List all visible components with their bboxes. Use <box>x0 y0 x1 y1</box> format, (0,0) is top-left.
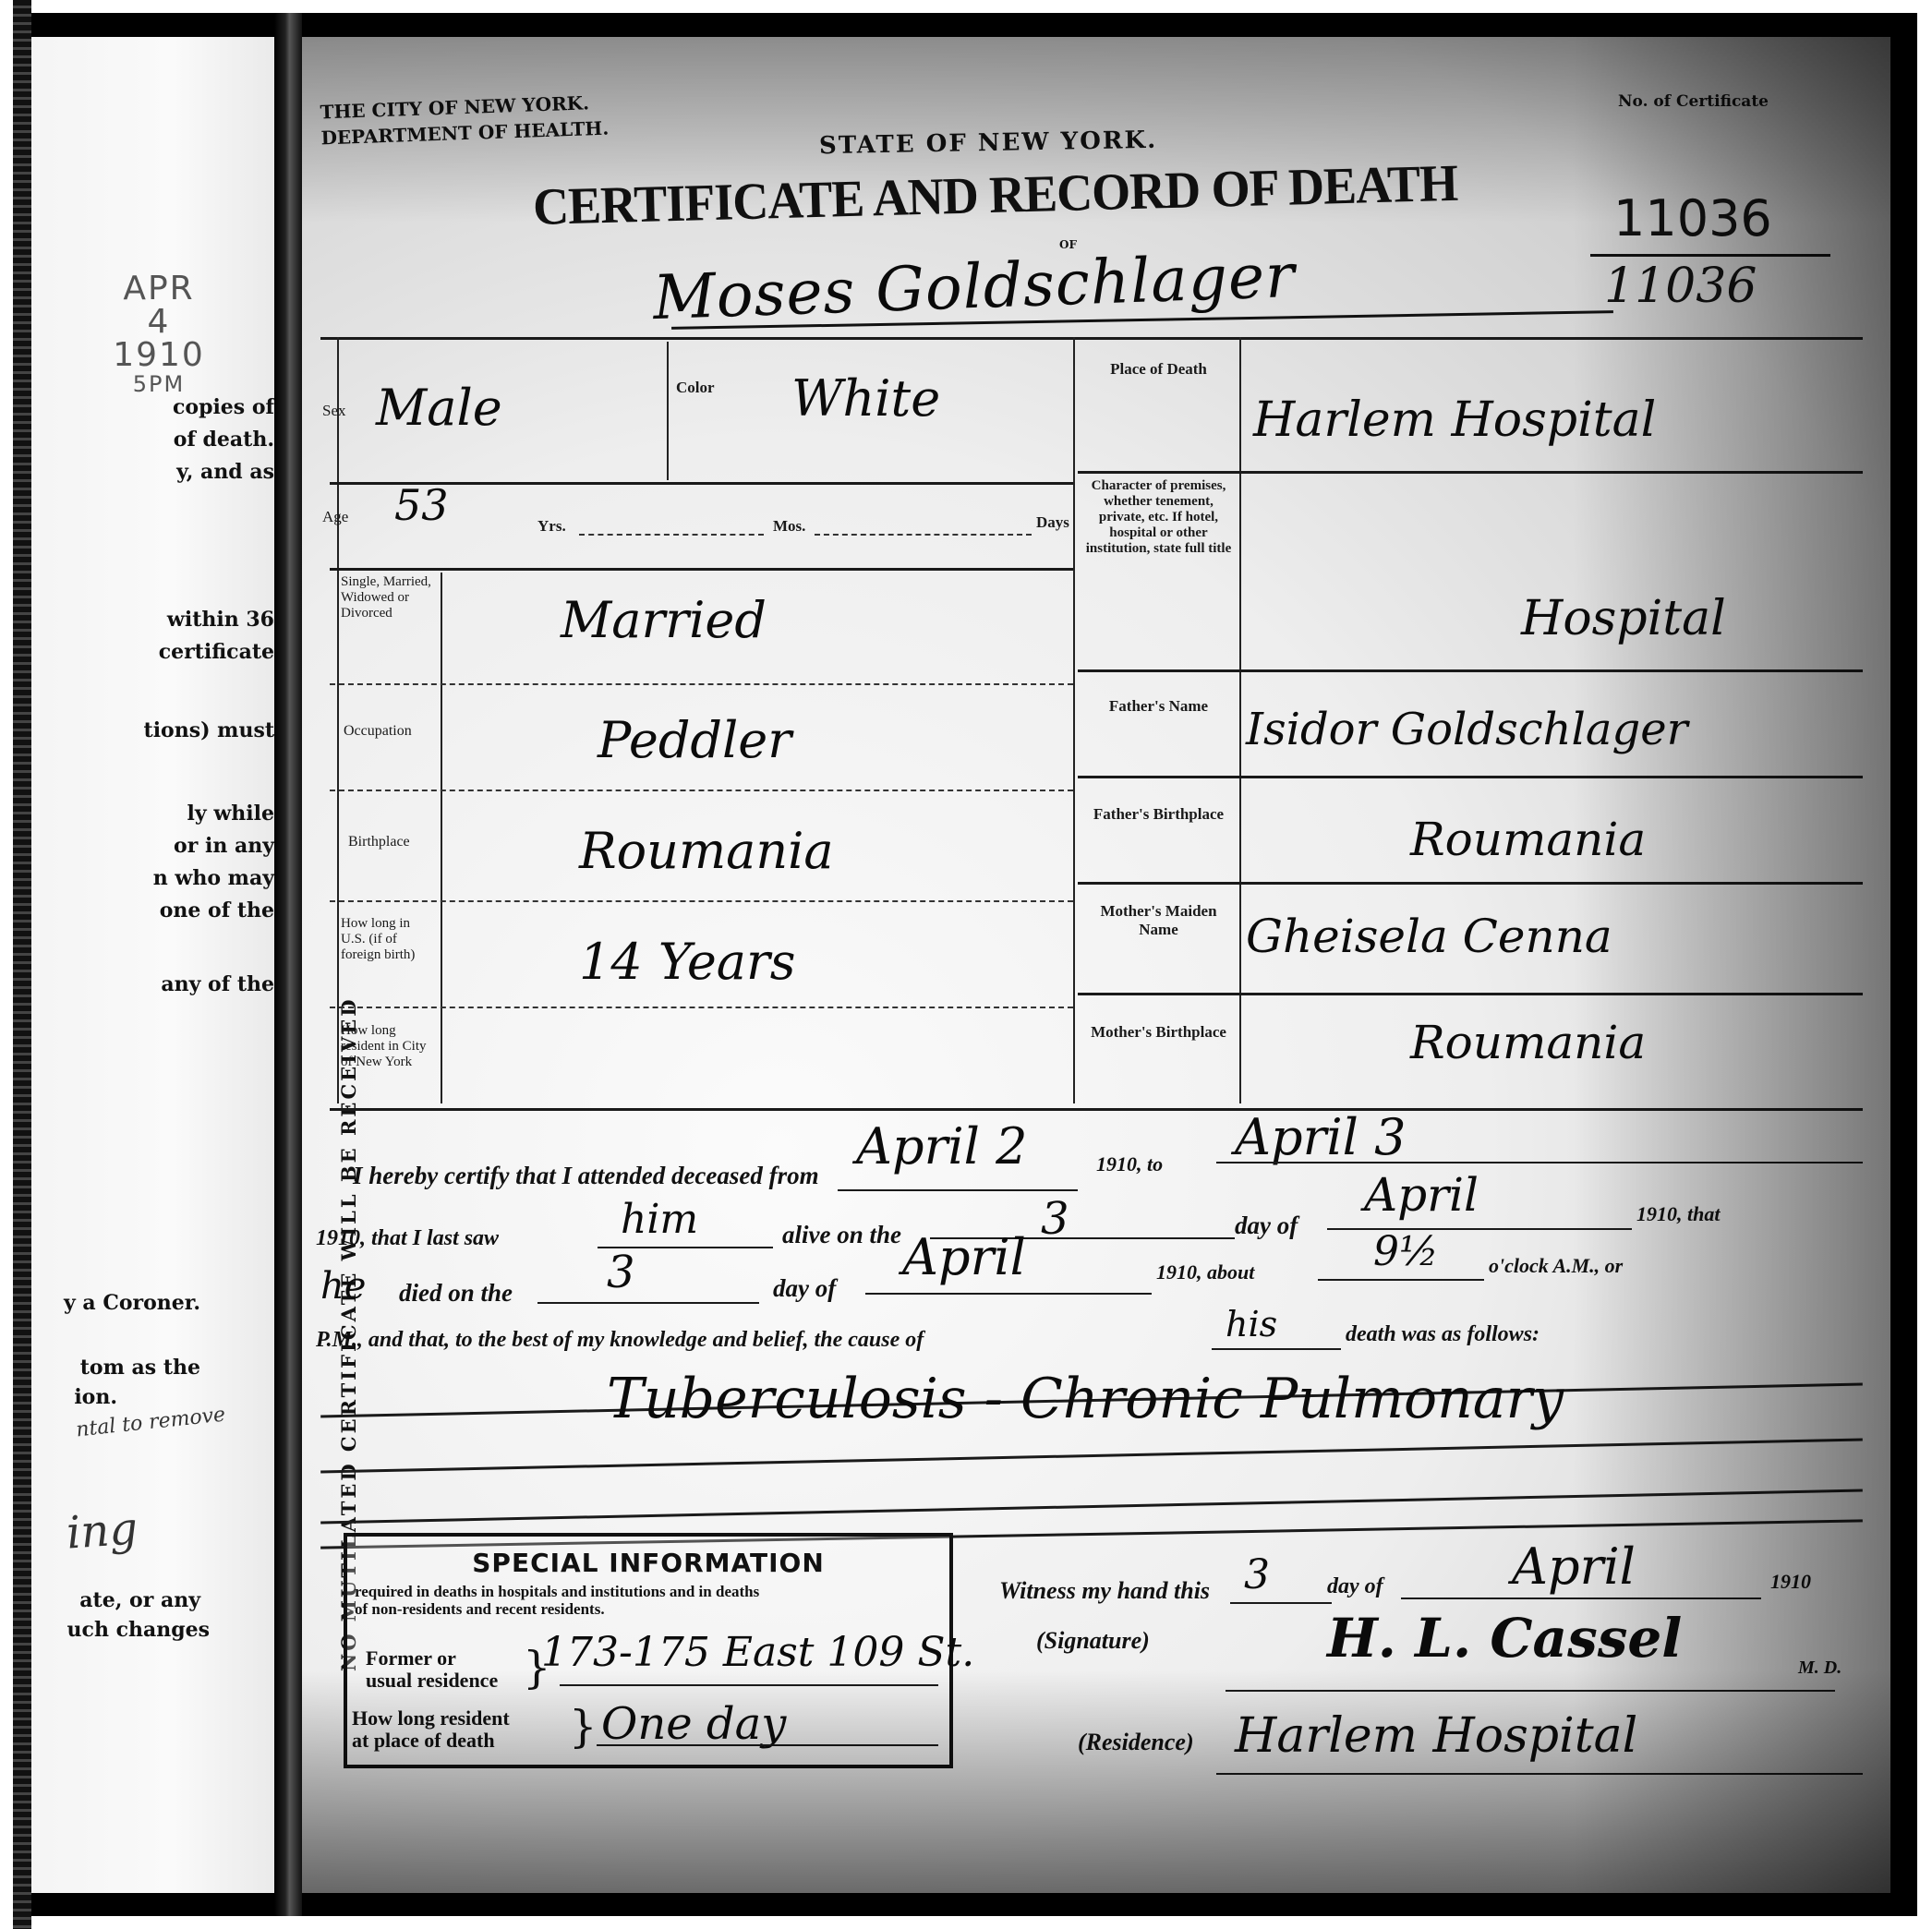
document-title: CERTIFICATE AND RECORD OF DEATH <box>532 152 1458 236</box>
occupation-value: Peddler <box>598 711 791 769</box>
pronoun-value: he <box>320 1265 366 1308</box>
left-text-fragment: n who may <box>153 866 274 890</box>
left-page-edge <box>13 0 31 1929</box>
witness-month-value: April <box>1512 1537 1636 1596</box>
left-text-fragment: one of the <box>160 898 274 922</box>
how-long-resident-label: How long resident at place of death <box>352 1707 510 1752</box>
former-residence-label: Former or usual residence <box>366 1647 498 1692</box>
death-certificate: NO MUTILATED CERTIFICATE WILL BE RECEIVE… <box>302 37 1890 1893</box>
issuing-department: THE CITY OF NEW YORK. DEPARTMENT OF HEAL… <box>320 90 610 151</box>
witness-year: 1910 <box>1770 1570 1811 1594</box>
field-rule <box>1318 1279 1484 1281</box>
year-text: 1910, to <box>1096 1152 1163 1176</box>
grid-rule <box>330 1007 1073 1008</box>
certify-text: alive on the <box>782 1221 901 1249</box>
signature-label: (Signature) <box>1036 1627 1150 1655</box>
left-text-fragment: ly while <box>187 802 274 826</box>
certificate-number-rule <box>1590 254 1830 257</box>
certificate-number: 11036 <box>1613 189 1772 247</box>
field-rule <box>1230 1602 1332 1604</box>
grid-rule <box>1078 776 1863 778</box>
year-text: 1910, about <box>1156 1260 1254 1284</box>
days-label: Days <box>1036 513 1069 532</box>
margin-warning: NO MUTILATED CERTIFICATE WILL BE RECEIVE… <box>309 471 346 1671</box>
birthplace-value: Roumania <box>579 822 834 880</box>
received-date-stamp: APR 4 1910 5PM <box>108 272 210 396</box>
special-information-box: SPECIAL INFORMATION required in deaths i… <box>344 1533 953 1768</box>
death-day-value: 3 <box>607 1247 635 1298</box>
grid-rule <box>330 1108 1863 1111</box>
state-heading: STATE OF NEW YORK. <box>819 127 1158 160</box>
birthplace-label: Birthplace <box>348 833 410 851</box>
left-text-fragment: tom as the <box>80 1356 200 1380</box>
cause-rule <box>320 1489 1863 1525</box>
age-label: Age <box>322 508 348 526</box>
fathers-name-label: Father's Name <box>1082 697 1235 716</box>
book-gutter <box>274 13 302 1916</box>
mothers-birthplace-label: Mother's Birthplace <box>1082 1023 1235 1042</box>
grid-rule <box>441 573 442 1103</box>
witness-day-value: 3 <box>1244 1551 1270 1598</box>
years-in-nyc-label: How long resident in City of New York <box>341 1023 438 1070</box>
certify-text: o'clock A.M., or <box>1489 1254 1623 1278</box>
left-text-fragment: any of the <box>161 972 274 996</box>
attended-from-value: April 2 <box>856 1117 1027 1175</box>
physician-residence-value: Harlem Hospital <box>1235 1708 1637 1764</box>
left-text-fragment: of death. <box>174 428 274 452</box>
left-text-fragment: ion. <box>74 1385 117 1409</box>
last-seen-day-value: 3 <box>1041 1193 1069 1245</box>
marital-status-label: Single, Married, Widowed or Divorced <box>341 574 438 621</box>
marital-status-value: Married <box>561 591 767 649</box>
pronoun-value: him <box>621 1196 698 1243</box>
field-rule <box>1216 1773 1863 1775</box>
cause-rule <box>320 1439 1863 1474</box>
field-rule <box>1401 1597 1761 1599</box>
field-rule <box>865 1293 1152 1295</box>
witness-text: day of <box>1327 1574 1383 1599</box>
place-of-death-value: Harlem Hospital <box>1253 392 1656 448</box>
mothers-birthplace-value: Roumania <box>1410 1016 1646 1069</box>
left-text-fragment: y a Coroner. <box>64 1291 200 1315</box>
former-residence-value: 173-175 East 109 St. <box>541 1629 974 1676</box>
last-seen-month-value: April <box>1364 1168 1479 1222</box>
field-rule <box>838 1189 1078 1191</box>
field-rule <box>1226 1690 1835 1692</box>
grid-rule <box>1239 337 1241 1103</box>
residence-label: (Residence) <box>1078 1729 1194 1756</box>
field-rule <box>579 534 764 536</box>
occupation-label: Occupation <box>344 722 412 741</box>
certify-text: 1910, that I last saw <box>316 1226 499 1251</box>
years-label: Yrs. <box>537 517 566 536</box>
grid-rule <box>1078 882 1863 885</box>
left-text-fragment: ate, or any <box>79 1588 200 1612</box>
place-of-death-label: Place of Death <box>1082 360 1235 379</box>
fathers-name-value: Isidor Goldschlager <box>1246 704 1688 755</box>
witness-text: Witness my hand this <box>999 1577 1210 1605</box>
stamp-time: 5PM <box>108 372 210 396</box>
mothers-maiden-name-label: Mother's Maiden Name <box>1082 902 1235 939</box>
how-long-resident-value: One day <box>601 1698 786 1750</box>
left-text-fragment: y, and as <box>176 460 274 484</box>
left-text-fragment: uch changes <box>67 1618 210 1642</box>
pronoun-value: his <box>1226 1304 1277 1344</box>
left-text-fragment: certificate <box>159 640 274 664</box>
grid-rule <box>330 790 1073 791</box>
grid-rule <box>1073 337 1075 1103</box>
character-of-premises-label: Character of premises, whether tenement,… <box>1082 478 1235 557</box>
brace: } <box>569 1705 598 1749</box>
special-information-title: SPECIAL INFORMATION <box>347 1548 949 1578</box>
certify-text: day of <box>773 1274 836 1303</box>
left-text-fragment: tions) must <box>144 718 274 742</box>
field-rule <box>560 1684 938 1686</box>
left-handwritten-note: ing <box>65 1502 139 1559</box>
physician-signature: H. L. Cassel <box>1327 1607 1682 1670</box>
field-rule <box>1212 1348 1341 1350</box>
grid-rule <box>1078 471 1863 474</box>
grid-rule <box>667 342 669 480</box>
years-in-us-label: How long in U.S. (if of foreign birth) <box>341 916 438 963</box>
field-rule <box>537 1302 759 1304</box>
certify-text: died on the <box>399 1279 513 1308</box>
grid-rule <box>1078 993 1863 995</box>
time-of-death-value: 9½ <box>1373 1228 1439 1275</box>
grid-rule <box>337 337 339 1103</box>
left-text-fragment: copies of <box>173 395 274 419</box>
sex-value: Male <box>376 379 502 437</box>
special-information-subtitle: required in deaths in hospitals and inst… <box>355 1583 759 1618</box>
mothers-maiden-name-value: Gheisela Cenna <box>1246 910 1612 963</box>
stamp-year: 1910 <box>108 339 210 372</box>
attended-to-value: April 3 <box>1235 1108 1406 1166</box>
certify-text: I hereby certify that I attended decease… <box>353 1162 819 1190</box>
field-rule <box>815 534 1032 536</box>
field-rule <box>1216 1162 1863 1163</box>
character-of-premises-value: Hospital <box>1521 591 1726 646</box>
months-label: Mos. <box>773 517 805 536</box>
grid-rule <box>1078 669 1863 672</box>
grid-rule <box>320 337 1863 340</box>
years-in-us-value: 14 Years <box>579 933 796 991</box>
left-text-fragment: or in any <box>174 834 274 858</box>
death-month-value: April <box>902 1228 1026 1286</box>
color-label: Color <box>676 379 715 397</box>
cause-of-death-value: Tuberculosis - Chronic Pulmonary <box>607 1367 1564 1431</box>
certificate-number-label: No. of Certificate <box>1618 92 1769 111</box>
sex-label: Sex <box>322 402 346 420</box>
age-years-value: 53 <box>394 480 449 530</box>
md-suffix: M. D. <box>1798 1658 1841 1679</box>
fathers-birthplace-label: Father's Birthplace <box>1082 805 1235 824</box>
grid-rule <box>330 568 1073 571</box>
stamp-day: 4 <box>108 306 210 339</box>
certify-text: P.M., and that, to the best of my knowle… <box>316 1328 924 1353</box>
certify-text: death was as follows: <box>1346 1322 1540 1347</box>
left-text-fragment: within 36 <box>167 608 274 632</box>
grid-rule <box>330 683 1073 685</box>
grid-rule <box>330 900 1073 902</box>
certify-text: day of <box>1235 1212 1298 1240</box>
fathers-birthplace-value: Roumania <box>1410 813 1646 866</box>
color-value: White <box>791 369 940 428</box>
field-rule <box>597 1744 938 1746</box>
certificate-number-handwritten: 11036 <box>1604 259 1757 314</box>
year-text: 1910, that <box>1636 1202 1720 1226</box>
stamp-month: APR <box>108 272 210 306</box>
left-facing-page: APR 4 1910 5PM copies of of death. y, an… <box>20 37 274 1893</box>
